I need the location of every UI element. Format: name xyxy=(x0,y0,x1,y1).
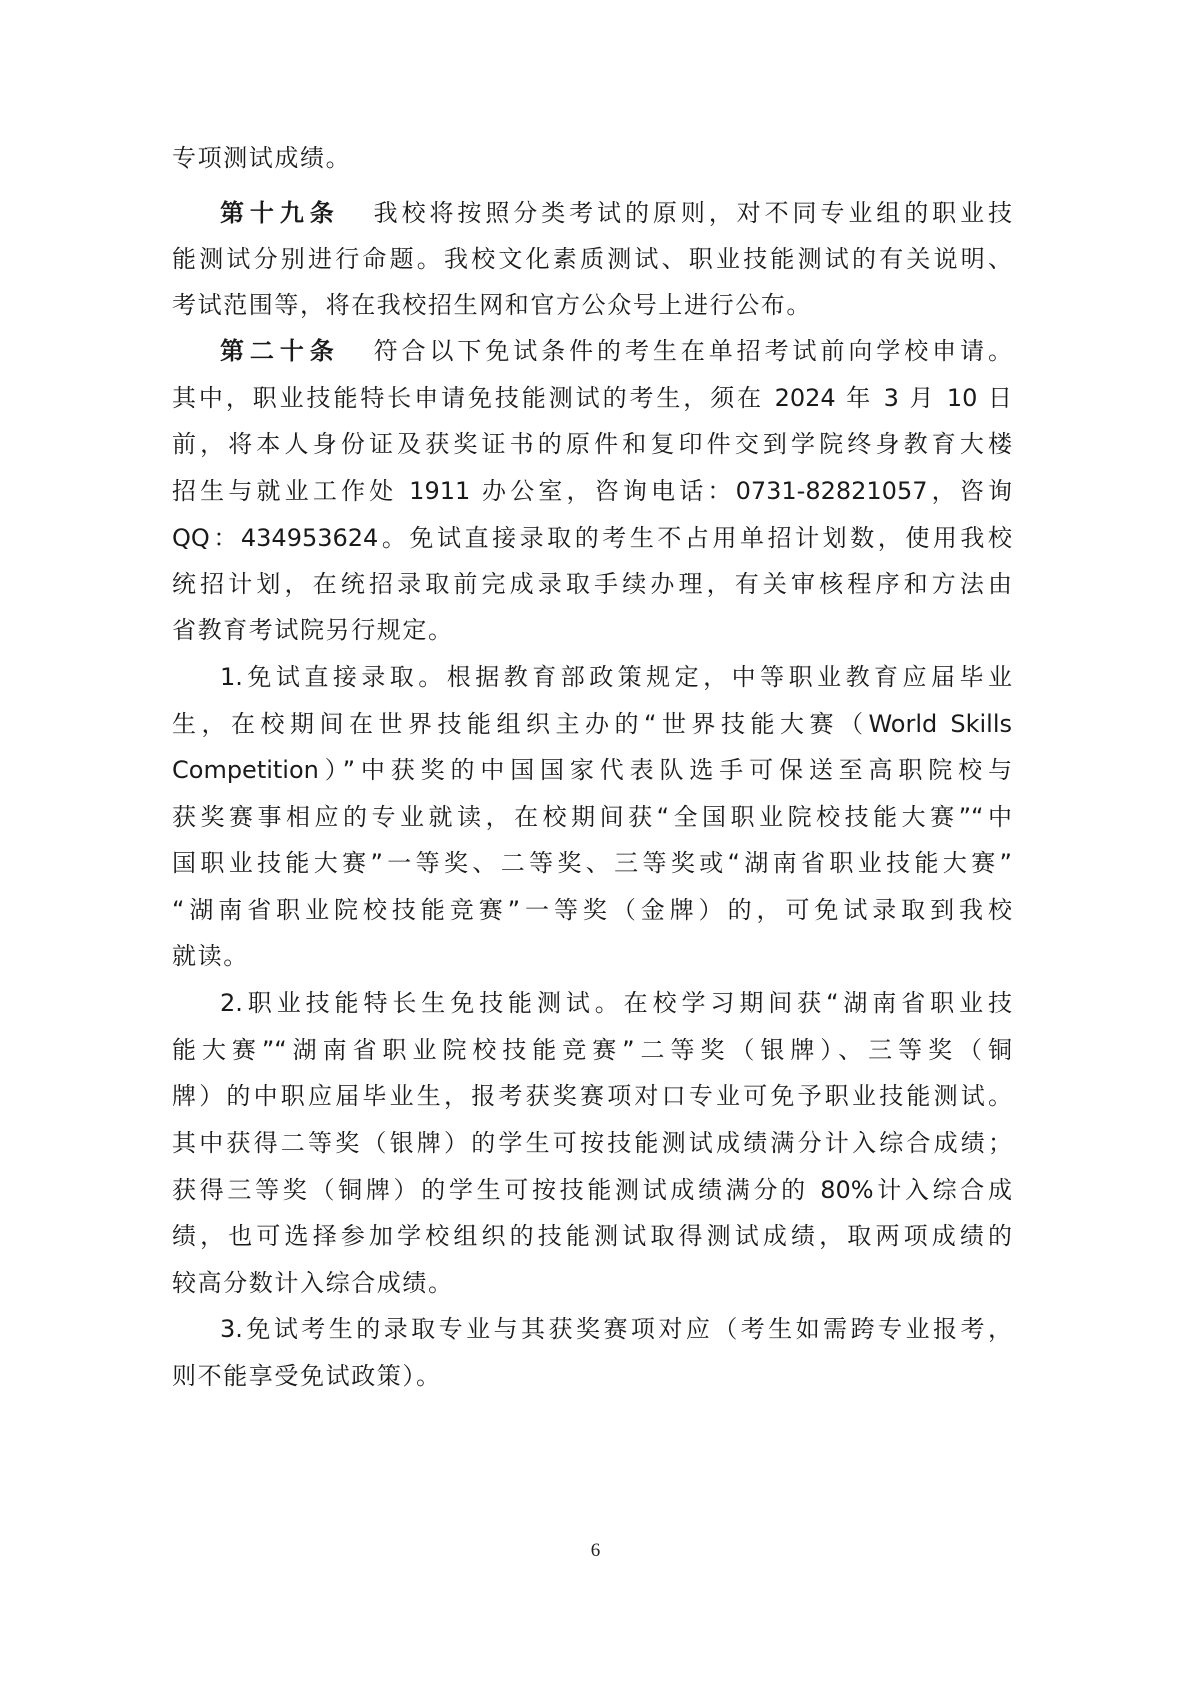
text-line: “湖南省职业院校技能竞赛”一等奖（金牌）的，可免试录取到我校 xyxy=(172,890,1012,930)
text-line: 获得三等奖（铜牌）的学生可按技能测试成绩满分的 80%计入综合成 xyxy=(172,1170,1012,1210)
text-line: 生，在校期间在世界技能组织主办的“世界技能大赛（World Skills xyxy=(172,704,1012,744)
text-segment: 符合以下免试条件的考生在单招考试前向学校申请。 xyxy=(370,337,1012,365)
text-line: 其中，职业技能特长申请免技能测试的考生，须在 2024 年 3 月 10 日 xyxy=(172,378,1012,418)
text-line: 国职业技能大赛”一等奖、二等奖、三等奖或“湖南省职业技能大赛” xyxy=(172,843,1012,883)
text-line: 牌）的中职应届毕业生，报考获奖赛项对口专业可免予职业技能测试。 xyxy=(172,1076,1012,1116)
page-number: 6 xyxy=(0,1540,1191,1562)
text-line: 获奖赛事相应的专业就读，在校期间获“全国职业院校技能大赛”“中 xyxy=(172,797,1012,837)
text-line: 能大赛”“湖南省职业院校技能竞赛”二等奖（银牌）、三等奖（铜 xyxy=(172,1030,1012,1070)
text-line: 省教育考试院另行规定。 xyxy=(172,610,454,650)
text-line: 考试范围等，将在我校招生网和官方公众号上进行公布。 xyxy=(172,285,812,325)
item-1-first-line: 1.免试直接录取。根据教育部政策规定，中等职业教育应届毕业 xyxy=(220,657,1012,697)
article-19-first-line: 第十九条我校将按照分类考试的原则，对不同专业组的职业技 xyxy=(220,193,1012,233)
text-line: 就读。 xyxy=(172,936,249,976)
text-line: QQ：434953624。免试直接录取的考生不占用单招计划数，使用我校 xyxy=(172,518,1012,558)
text-line: 绩，也可选择参加学校组织的技能测试取得测试成绩，取两项成绩的 xyxy=(172,1216,1012,1256)
text-line: 则不能享受免试政策）。 xyxy=(172,1356,442,1396)
text-line: 专项测试成绩。 xyxy=(172,138,351,178)
text-line: 能测试分别进行命题。我校文化素质测试、职业技能测试的有关说明、 xyxy=(172,239,1012,279)
item-3-first-line: 3.免试考生的录取专业与其获奖赛项对应（考生如需跨专业报考， xyxy=(220,1309,1012,1349)
article-19-heading: 第十九条 xyxy=(220,199,340,227)
text-line: 较高分数计入综合成绩。 xyxy=(172,1263,454,1303)
text-line: 招生与就业工作处 1911 办公室，咨询电话：0731-82821057，咨询 xyxy=(172,471,1012,511)
text-line: 前，将本人身份证及获奖证书的原件和复印件交到学院终身教育大楼 xyxy=(172,424,1012,464)
text-line: Competition）”中获奖的中国国家代表队选手可保送至高职院校与 xyxy=(172,750,1012,790)
text-line: 其中获得二等奖（银牌）的学生可按技能测试成绩满分计入综合成绩； xyxy=(172,1123,1012,1163)
text-line: 统招计划，在统招录取前完成录取手续办理，有关审核程序和方法由 xyxy=(172,564,1012,604)
text-segment: 我校将按照分类考试的原则，对不同专业组的职业技 xyxy=(370,199,1012,227)
article-20-first-line: 第二十条符合以下免试条件的考生在单招考试前向学校申请。 xyxy=(220,331,1012,371)
item-2-first-line: 2.职业技能特长生免技能测试。在校学习期间获“湖南省职业技 xyxy=(220,983,1012,1023)
article-20-heading: 第二十条 xyxy=(220,337,340,365)
